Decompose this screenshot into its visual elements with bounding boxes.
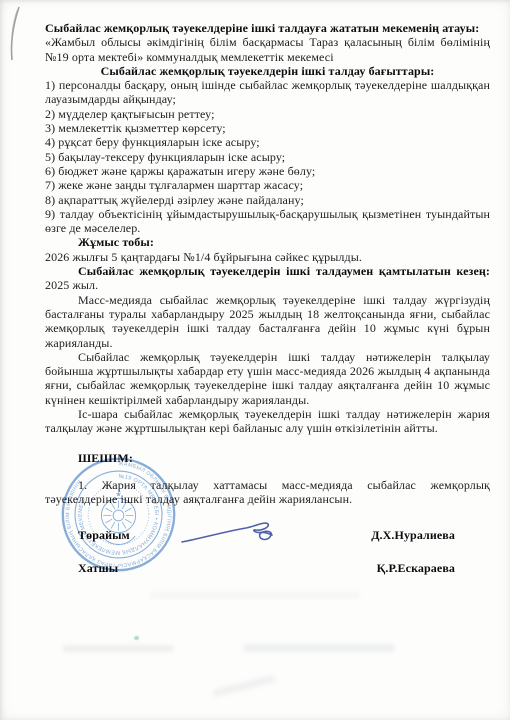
direction-item: 2) мүдделер қақтығысын реттеу; (45, 107, 490, 121)
bleedthrough-artifact (243, 644, 395, 652)
stamp-star-icon: ★ (115, 490, 121, 498)
working-group-label: Жұмыс тобы: (45, 235, 490, 249)
announcement-end-paragraph: Сыбайлас жемқорлық тәуекелдерін ішкі тал… (45, 350, 490, 407)
bleedthrough-artifact (212, 674, 276, 697)
direction-item: 6) бюджет және қаржы қаражатын игеру жән… (45, 164, 490, 178)
period-label: Сыбайлас жемқорлық тәуекелдерін ішкі тал… (78, 264, 490, 278)
stamp-emblem (101, 498, 135, 544)
working-group-text: 2026 жылғы 5 қаңтардағы №1/4 бұйрығына с… (45, 250, 490, 264)
signature-name-chair: Д.Х.Нуралиева (371, 528, 455, 542)
chair-signature (178, 504, 290, 554)
period-value: 2025 жыл. (45, 278, 98, 292)
signature-name-secretary: Қ.Р.Ескараева (377, 561, 455, 575)
direction-item: 4) рұқсат беру функцияларын іске асыру; (45, 135, 490, 149)
ink-speck-artifact (134, 636, 139, 640)
stamp-inner-ring-text: №19 ОРТА МЕКТЕБІ • КОММУНАЛДЫҚ МЕМЛЕКЕТТ… (78, 474, 159, 555)
institution-name: «Жамбыл облысы әкімдігінің білім басқарм… (45, 35, 490, 64)
announcement-start-paragraph: Масс-медияда сыбайлас жемқорлық тәуекелд… (45, 293, 490, 350)
event-paragraph: Іс-шара сыбайлас жемқорлық тәуекелдерін … (45, 407, 490, 436)
official-stamp: ЖАМБЫЛ ОБЛЫСЫ ӘКІМДІГІНІҢ БІЛІМ БАСҚАРМА… (55, 451, 182, 578)
document-page: Сыбайлас жемқорлық тәуекелдеріне ішкі та… (0, 0, 510, 720)
pen-mark-artifact (2, 2, 30, 66)
direction-item: 5) бақылау-тексеру функцияларын іске асы… (45, 150, 490, 164)
heading-directions: Сыбайлас жемқорлық тәуекелдерін ішкі тал… (45, 64, 490, 78)
direction-item: 7) жеке және заңды тұлғалармен шарттар ж… (45, 178, 490, 192)
bleedthrough-artifact (62, 645, 174, 652)
direction-item: 1) персоналды басқару, оның ішінде сыбай… (45, 78, 490, 107)
direction-item: 9) талдау объектісінің ұйымдастырушылық-… (45, 207, 490, 236)
period-paragraph: Сыбайлас жемқорлық тәуекелдерін ішкі тал… (45, 264, 490, 293)
bleedthrough-artifact (150, 592, 360, 598)
direction-item: 3) мемлекеттік қызметтер көрсету; (45, 121, 490, 135)
direction-item: 8) ақпараттық жүйелерді әзірлеу және пай… (45, 193, 490, 207)
heading-institution: Сыбайлас жемқорлық тәуекелдеріне ішкі та… (45, 21, 490, 35)
